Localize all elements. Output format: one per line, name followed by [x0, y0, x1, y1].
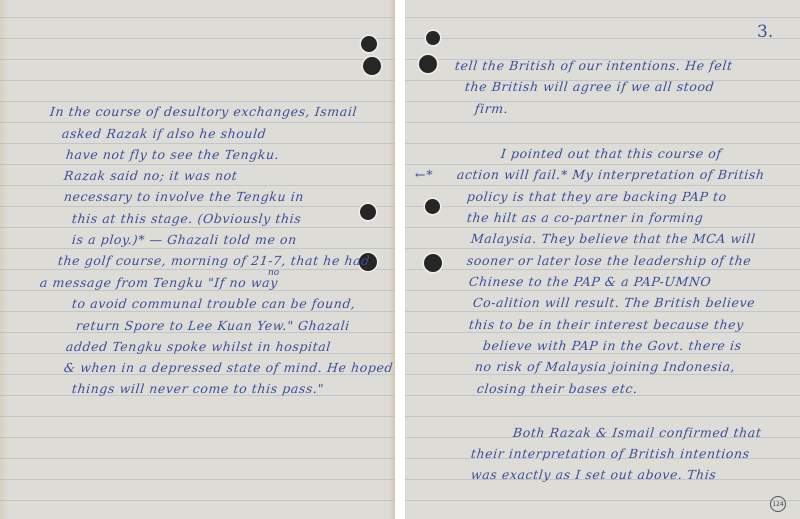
handwritten-line: Razak said no; it was not: [63, 168, 238, 183]
handwritten-line: their interpretation of British intentio…: [470, 446, 750, 461]
page-number: 3.: [757, 22, 773, 42]
handwritten-line: to avoid communal trouble can be found,: [71, 296, 356, 311]
handwritten-line: & when in a depressed state of mind. He …: [63, 360, 394, 375]
punch-hole: [424, 254, 442, 272]
handwritten-line: a message from Tengku "If no way: [39, 275, 279, 290]
handwritten-line: Chinese to the PAP & a PAP-UMNO: [468, 274, 712, 289]
right-page: 3. tell the British of our intentions. H…: [405, 0, 800, 519]
handwritten-line: is a ploy.)* — Ghazali told me on: [71, 232, 297, 247]
handwritten-line: Malaysia. They believe that the MCA will: [470, 231, 756, 246]
handwritten-line: added Tengku spoke whilst in hospital: [65, 339, 332, 354]
handwritten-line: necessary to involve the Tengku in: [63, 189, 305, 204]
punch-hole: [419, 55, 437, 73]
handwritten-line: no risk of Malaysia joining Indonesia,: [474, 359, 736, 374]
handwritten-line: policy is that they are backing PAP to: [466, 189, 727, 204]
handwritten-line: the golf course, morning of 21-7, that h…: [57, 253, 370, 268]
punch-hole: [363, 57, 381, 75]
punch-hole: [426, 31, 440, 45]
handwritten-line: I pointed out that this course of: [500, 146, 722, 161]
handwritten-line: was exactly as I set out above. This: [470, 467, 717, 482]
handwritten-line: return Spore to Lee Kuan Yew." Ghazali: [75, 318, 350, 333]
left-page: In the course of desultory exchanges, Is…: [0, 0, 395, 519]
handwritten-line: action will fail.* My interpretation of …: [456, 167, 765, 182]
archive-stamp: 124: [770, 496, 786, 512]
handwritten-line: In the course of desultory exchanges, Is…: [49, 104, 358, 119]
handwritten-line: asked Razak if also he should: [61, 126, 267, 141]
handwritten-line: tell the British of our intentions. He f…: [454, 58, 733, 73]
punch-hole: [361, 36, 377, 52]
handwritten-line: firm.: [474, 101, 509, 116]
handwritten-line: this to be in their interest because the…: [468, 317, 744, 332]
handwritten-line: Both Razak & Ismail confirmed that: [512, 425, 762, 440]
margin-note: ←*: [414, 167, 434, 182]
handwritten-line: things will never come to this pass.": [71, 381, 325, 396]
punch-hole: [360, 204, 376, 220]
handwritten-line: this at this stage. (Obviously this: [71, 211, 302, 226]
handwritten-line: closing their bases etc.: [476, 381, 638, 396]
handwritten-line: the British will agree if we all stood: [464, 79, 715, 94]
handwritten-line: believe with PAP in the Govt. there is: [482, 338, 742, 353]
handwritten-line: sooner or later lose the leadership of t…: [466, 253, 752, 268]
punch-hole: [425, 199, 440, 214]
handwritten-line: Co-alition will result. The British beli…: [472, 295, 756, 310]
handwritten-line: the hilt as a co-partner in forming: [466, 210, 704, 225]
handwritten-line: have not fly to see the Tengku.: [65, 147, 280, 162]
